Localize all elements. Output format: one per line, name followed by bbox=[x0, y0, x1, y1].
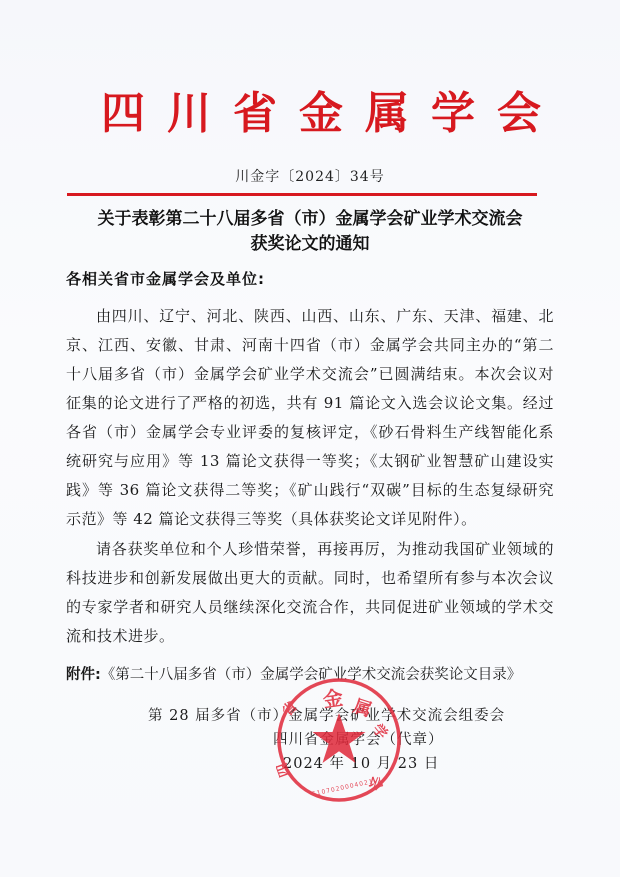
svg-text:会: 会 bbox=[365, 774, 386, 793]
notice-title-line-2: 获奖论文的通知 bbox=[0, 232, 620, 257]
body-paragraph-2: 请各获奖单位和个人珍惜荣誉，再接再厉，为推动我国矿业领域的科技进步和创新发展做出… bbox=[66, 535, 554, 651]
signoff-date: 2024 年 10 月 23 日 bbox=[283, 752, 439, 773]
masthead-title: 四川省金属学会 bbox=[0, 86, 620, 142]
svg-text:5107020004021: 5107020004021 bbox=[311, 778, 374, 798]
attachment-line: 附件:《第二十八届多省（市）金属学会矿业学术交流会获奖论文目录》 bbox=[66, 663, 521, 684]
notice-title: 关于表彰第二十八届多省（市）金属学会矿业学术交流会 获奖论文的通知 bbox=[0, 207, 620, 257]
salutation: 各相关省市金属学会及单位: bbox=[66, 268, 265, 289]
signoff-society: 四川省金属学会（代章） bbox=[273, 728, 444, 749]
document-page: 四川省金属学会 川金字〔2024〕34号 关于表彰第二十八届多省（市）金属学会矿… bbox=[0, 0, 620, 877]
document-number: 川金字〔2024〕34号 bbox=[0, 166, 620, 186]
notice-title-line-1: 关于表彰第二十八届多省（市）金属学会矿业学术交流会 bbox=[0, 207, 620, 232]
signoff-organizer: 第 28 届多省（市）金属学会矿业学术交流会组委会 bbox=[148, 704, 505, 725]
attachment-title: 《第二十八届多省（市）金属学会矿业学术交流会获奖论文目录》 bbox=[101, 667, 522, 683]
attachment-label: 附件: bbox=[66, 667, 101, 683]
body-paragraph-1: 由四川、辽宁、河北、陕西、山西、山东、广东、天津、福建、北京、江西、安徽、甘肃、… bbox=[66, 302, 554, 534]
red-divider-line bbox=[67, 193, 537, 196]
